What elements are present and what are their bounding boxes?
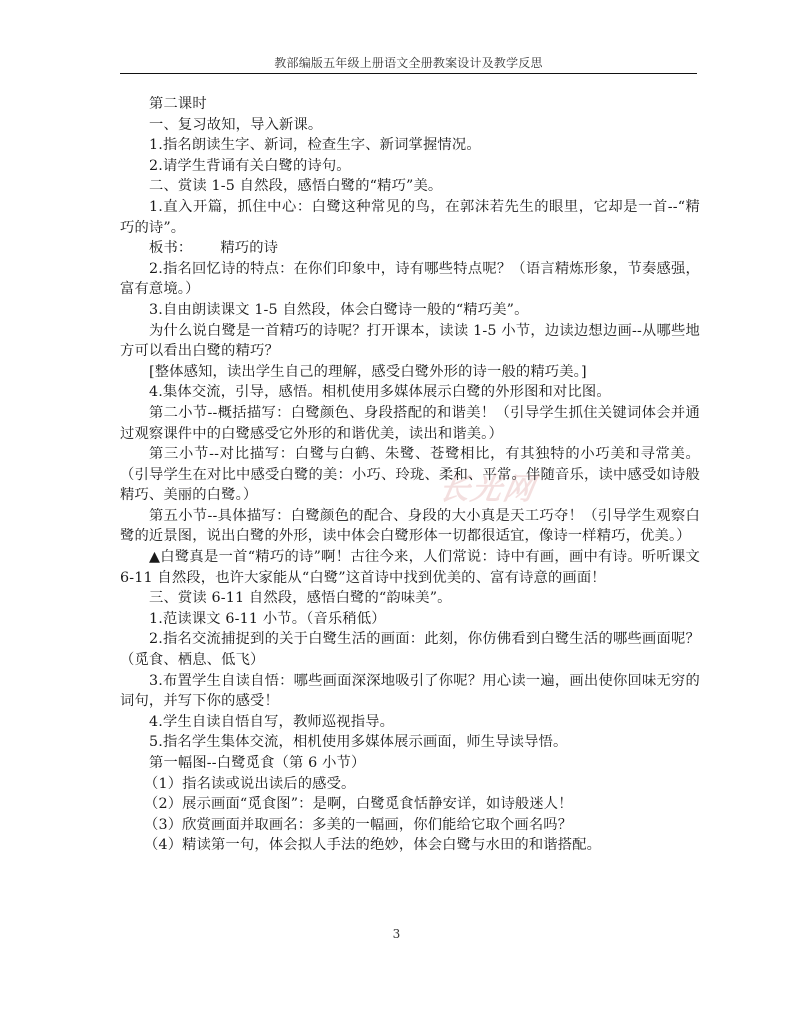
section-2-item-2: 2.指名回忆诗的特点：在你们印象中，诗有哪些特点呢？（语言精炼形象，节奏感强，富… [120,259,700,300]
blackboard-note: 板书：精巧的诗 [120,238,700,259]
running-header: 教部编版五年级上册语文全册教案设计及教学反思 [120,55,697,71]
section-3-item-5: 5.指名学生集体交流，相机使用多媒体展示画面，师生导读导悟。 [120,732,700,753]
subsection-5: 第五小节--具体描写：白鹭颜色的配合、身段的大小真是天工巧夺！（引导学生观察白鹭… [120,506,700,547]
section-2-item-1: 1.直入开篇，抓住中心：白鹭这种常见的鸟，在郭沫若先生的眼里，它却是一首--“精… [120,197,700,238]
section-1-item-1: 1.指名朗读生字、新词，检查生字、新词掌握情况。 [120,135,700,156]
picture-1-step-4: （4）精读第一句，体会拟人手法的绝妙，体会白鹭与水田的和谐搭配。 [120,835,700,856]
section-3-item-4: 4.学生自读自悟自写，教师巡视指导。 [120,712,700,733]
header-divider [120,73,697,74]
picture-1-step-2: （2）展示画面“觅食图”：是啊，白鹭觅食恬静安详，如诗般迷人！ [120,794,700,815]
section-3-item-2: 2.指名交流捕捉到的关于白鹭生活的画面：此刻，你仿佛看到白鹭生活的哪些画面呢？（… [120,629,700,670]
subsection-3: 第三小节--对比描写：白鹭与白鹤、朱鹭、苍鹭相比，有其独特的小巧美和寻常美。（引… [120,444,700,506]
section-2-note: [整体感知，读出学生自己的理解，感受白鹭外形的诗一般的精巧美。] [120,362,700,383]
section-2-question: 为什么说白鹭是一首精巧的诗呢？打开课本，读读 1-5 小节，边读边想边画--从哪… [120,321,700,362]
lesson-title: 第二课时 [120,94,700,115]
document-page: 教部编版五年级上册语文全册教案设计及教学反思 长光网 第二课时 一、复习故知，导… [0,0,793,1020]
picture-1-step-3: （3）欣赏画面并取画名：多美的一幅画，你们能给它取个画名吗？ [120,815,700,836]
section-3-item-3: 3.布置学生自读自悟：哪些画面深深地吸引了你呢？用心读一遍，画出使你回味无穷的词… [120,671,700,712]
section-1-heading: 一、复习故知，导入新课。 [120,115,700,136]
section-3-item-1: 1.范读课文 6-11 小节。（音乐稍低） [120,609,700,630]
section-2-heading: 二、赏读 1-5 自然段，感悟白鹭的“精巧”美。 [120,176,700,197]
picture-1-step-1: （1）指名读或说出读后的感受。 [120,774,700,795]
subsection-2: 第二小节--概括描写：白鹭颜色、身段搭配的和谐美！（引导学生抓住关键词体会并通过… [120,403,700,444]
board-text: 精巧的诗 [220,240,278,256]
section-1-item-2: 2.请学生背诵有关白鹭的诗句。 [120,156,700,177]
section-2-item-3: 3.自由朗读课文 1-5 自然段，体会白鹭诗一般的“精巧美”。 [120,300,700,321]
document-body: 第二课时 一、复习故知，导入新课。 1.指名朗读生字、新词，检查生字、新词掌握情… [120,94,700,856]
picture-1-title: 第一幅图--白鹭觅食（第 6 小节） [120,753,700,774]
section-2-item-4: 4.集体交流，引导，感悟。相机使用多媒体展示白鹭的外形图和对比图。 [120,382,700,403]
page-number: 3 [0,927,793,941]
board-label: 板书： [149,240,192,256]
transition-paragraph: ▲白鹭真是一首“精巧的诗”啊！古往今来，人们常说：诗中有画，画中有诗。听听课文 … [120,547,700,588]
section-3-heading: 三、赏读 6-11 自然段，感悟白鹭的“韵味美”。 [120,588,700,609]
